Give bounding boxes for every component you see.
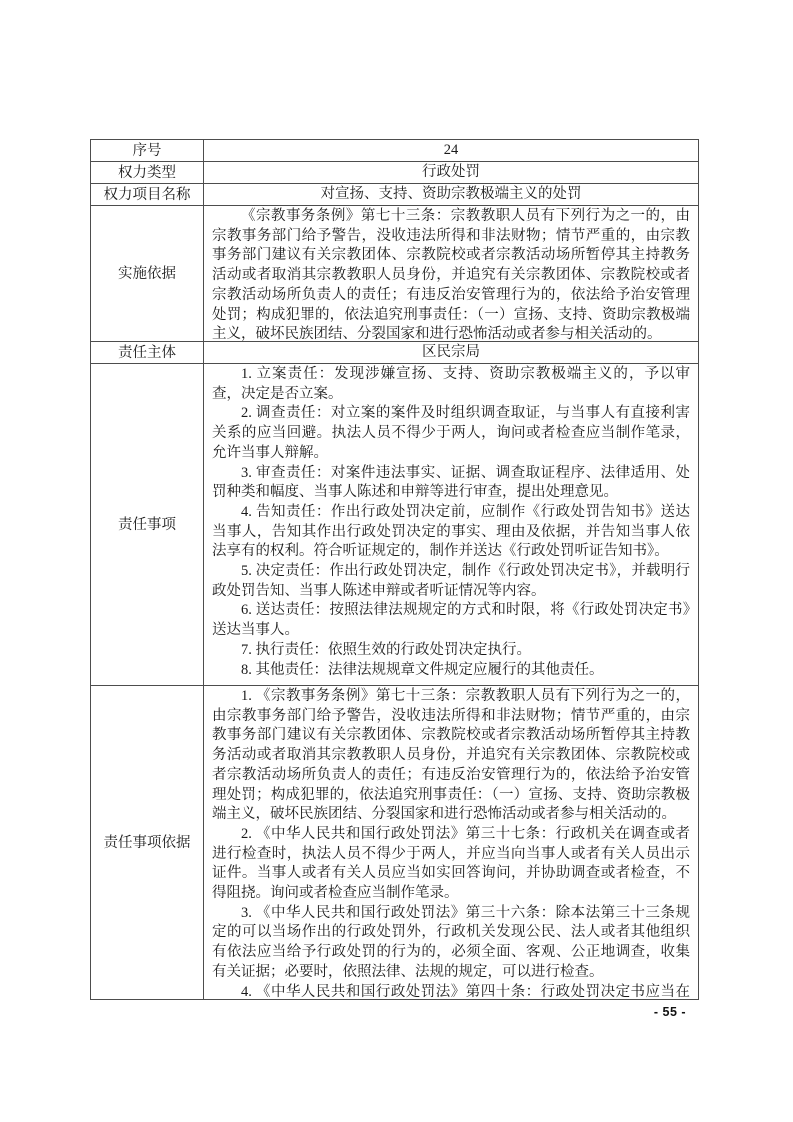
page-number: - 55 - xyxy=(648,1005,692,1019)
table-row: 实施依据 《宗教事务条例》第七十三条：宗教教职人员有下列行为之一的，由宗教事务部… xyxy=(91,206,699,342)
implementation-basis-content: 《宗教事务条例》第七十三条：宗教教职人员有下列行为之一的，由宗教事务部门给予警告… xyxy=(204,206,699,342)
paragraph: 4. 《中华人民共和国行政处罚法》第四十条：行政处罚决定书应当在宣 xyxy=(212,983,690,999)
power-type-value: 行政处罚 xyxy=(204,162,699,184)
row-label-implementation-basis: 实施依据 xyxy=(91,206,204,342)
paragraph: 《宗教事务条例》第七十三条：宗教教职人员有下列行为之一的，由宗教事务部门给予警告… xyxy=(212,207,690,341)
paragraph: 4. 告知责任：作出行政处罚决定前，应制作《行政处罚告知书》送达当事人，告知其作… xyxy=(212,503,690,562)
table-row: 责任事项依据 1. 《宗教事务条例》第七十三条：宗教教职人员有下列行为之一的，由… xyxy=(91,686,699,1000)
paragraph: 5. 决定责任：作出行政处罚决定，制作《行政处罚决定书》，并载明行政处罚告知、当… xyxy=(212,562,690,601)
row-label-responsibility-items: 责任事项 xyxy=(91,364,204,686)
paragraph: 1. 《宗教事务条例》第七十三条：宗教教职人员有下列行为之一的，由宗教事务部门给… xyxy=(212,687,690,825)
paragraph: 2. 调查责任：对立案的案件及时组织调查取证，与当事人有直接利害关系的应当回避。… xyxy=(212,404,690,463)
table-row: 权力类型 行政处罚 xyxy=(91,162,699,184)
row-label-responsibility-items-basis: 责任事项依据 xyxy=(91,686,204,1000)
paragraph: 3. 审查责任：对案件违法事实、证据、调查取证程序、法律适用、处罚种类和幅度、当… xyxy=(212,464,690,503)
row-label-responsible-subject: 责任主体 xyxy=(91,342,204,364)
paragraph: 3. 《中华人民共和国行政处罚法》第三十六条：除本法第三十三条规定的可以当场作出… xyxy=(212,904,690,983)
paragraph: 1. 立案责任：发现涉嫌宣扬、支持、资助宗教极端主义的，予以审查，决定是否立案。 xyxy=(212,365,690,404)
paragraph: 2. 《中华人民共和国行政处罚法》第三十七条：行政机关在调查或者进行检查时，执法… xyxy=(212,825,690,904)
power-item-name-value: 对宣扬、支持、资助宗教极端主义的处罚 xyxy=(204,184,699,206)
responsibility-items-basis-content: 1. 《宗教事务条例》第七十三条：宗教教职人员有下列行为之一的，由宗教事务部门给… xyxy=(204,686,699,1000)
table-row: 责任主体 区民宗局 xyxy=(91,342,699,364)
table-row: 权力项目名称 对宣扬、支持、资助宗教极端主义的处罚 xyxy=(91,184,699,206)
table-row: 责任事项 1. 立案责任：发现涉嫌宣扬、支持、资助宗教极端主义的，予以审查，决定… xyxy=(91,364,699,686)
paragraph: 8. 其他责任：法律法规规章文件规定应履行的其他责任。 xyxy=(212,661,690,681)
document-page: 序号 24 权力类型 行政处罚 权力项目名称 对宣扬、支持、资助宗教极端主义的处… xyxy=(0,0,793,1122)
responsibility-items-content: 1. 立案责任：发现涉嫌宣扬、支持、资助宗教极端主义的，予以审查，决定是否立案。… xyxy=(204,364,699,686)
paragraph: 7. 执行责任：依照生效的行政处罚决定执行。 xyxy=(212,641,690,661)
row-label-serial-number: 序号 xyxy=(91,140,204,162)
row-label-power-type: 权力类型 xyxy=(91,162,204,184)
paragraph: 6. 送达责任：按照法律法规规定的方式和时限，将《行政处罚决定书》送达当事人。 xyxy=(212,601,690,640)
serial-number-value: 24 xyxy=(204,140,699,162)
table-row: 序号 24 xyxy=(91,140,699,162)
row-label-power-item-name: 权力项目名称 xyxy=(91,184,204,206)
power-item-table: 序号 24 权力类型 行政处罚 权力项目名称 对宣扬、支持、资助宗教极端主义的处… xyxy=(90,139,699,1000)
responsible-subject-value: 区民宗局 xyxy=(204,342,699,364)
